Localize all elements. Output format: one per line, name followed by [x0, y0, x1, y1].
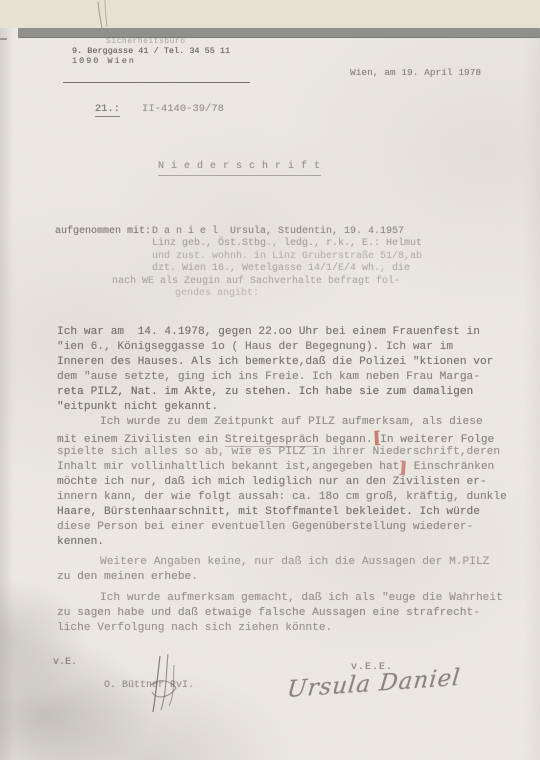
intro-line: gendes angibt: — [175, 288, 422, 300]
body-line: liche Verfolgung nach sich ziehen könnte… — [57, 621, 517, 636]
body-line: Ich wurde aufmerksam gemacht, daß ich al… — [57, 591, 517, 606]
body-line: Inneren des Hauses. Als ich bemerkte,daß… — [57, 355, 517, 370]
reference-label: 21.: — [95, 103, 120, 117]
body-line: Weitere Angaben keine, nur daß ich die A… — [57, 555, 517, 570]
scan-top-strip — [0, 0, 540, 28]
document-title: N i e d e r s c h r i f t — [158, 161, 321, 176]
paragraph-2: Ich wurde zu dem Zeitpunkt auf PILZ aufm… — [57, 415, 517, 550]
body-line: "eitpunkt nicht gekannt. — [57, 400, 517, 415]
body-line: Inhalt mir vollinhaltlich bekannt ist,an… — [57, 460, 517, 475]
body-line: zu sagen habe und daß etwaige falsche Au… — [57, 606, 517, 621]
red-bracket-close-mark: ] — [399, 460, 408, 475]
body-line: Ich war am 14. 4.1978, gegen 22.oo Uhr b… — [57, 325, 517, 340]
paragraph-4: Ich wurde aufmerksam gemacht, daß ich al… — [57, 591, 517, 636]
witness-signature: Ursula Daniel — [286, 663, 488, 703]
letterhead-bureau: Sicherheitsbüro — [106, 37, 186, 46]
intro-line: D a n i e l Ursula, Studentin, 19. 4.195… — [152, 226, 422, 238]
intro-block: D a n i e l Ursula, Studentin, 19. 4.195… — [152, 226, 422, 300]
reference-row: 21.:II-4140-39/78 — [57, 91, 224, 129]
body-text: Einschränken — [407, 461, 494, 473]
scanned-document-page: Sicherheitsbüro 9. Berggasse 41 / Tel. 3… — [0, 0, 540, 760]
body-line: spielte sich alles so ab, wie es PILZ in… — [57, 445, 517, 460]
horizontal-rule — [63, 82, 250, 83]
intro-label: aufgenommen mit: — [55, 226, 151, 237]
paragraph-3: Weitere Angaben keine, nur daß ich die A… — [57, 555, 517, 585]
body-line: "ien 6., Königseggasse 1o ( Haus der Beg… — [57, 340, 517, 355]
body-line: möchte ich nur, daß ich mich lediglich n… — [57, 475, 517, 490]
edge-mark — [0, 38, 7, 40]
pencil-marks — [88, 0, 122, 30]
body-line: dem "ause setzte, ging ich ins Freie. Ic… — [57, 370, 517, 385]
paragraph-1: Ich war am 14. 4.1978, gegen 22.oo Uhr b… — [57, 325, 517, 415]
body-line: zu den meinen erhebe. — [57, 570, 517, 585]
body-line: reta PILZ, Nat. im Akte, zu stehen. Ich … — [57, 385, 517, 400]
reference-number: II-4140-39/78 — [142, 103, 224, 115]
body-line: Haare, Bürstenhaarschnitt, mit Stoffmant… — [57, 505, 517, 520]
closing-left-mark: v.E. — [53, 657, 77, 668]
intro-line: dzt. Wien 16., Wetelgasse 14/1/E/4 wh., … — [152, 263, 422, 275]
intro-line: und zust. wohnh. in Linz Gruberstraße 51… — [152, 251, 422, 263]
dateline: Wien, am 19. April 1978 — [350, 67, 481, 78]
letterhead-address: 9. Berggasse 41 / Tel. 34 55 11 — [72, 46, 230, 56]
officer-signature-scribble — [138, 653, 190, 715]
body-line: Ich wurde zu dem Zeitpunkt auf PILZ aufm… — [57, 415, 517, 430]
body-line: kennen. — [57, 535, 517, 550]
body-line: innern kann, der wie folgt aussah: ca. 1… — [57, 490, 517, 505]
intro-line: nach WE als Zeugin auf Sachverhalte befr… — [112, 276, 422, 288]
body-line: mit einem Zivilisten ein Streitgespräch … — [57, 430, 517, 445]
body-text: Inhalt mir vollinhaltlich bekannt ist,an… — [57, 461, 399, 473]
body-line: diese Person bei einer eventuellen Gegen… — [57, 520, 517, 535]
intro-line: Linz geb., Öst.Stbg., ledg., r.k., E.: H… — [152, 238, 422, 250]
letterhead-city: 1090 Wien — [72, 56, 136, 66]
red-bracket-open-mark: [ — [372, 430, 380, 445]
